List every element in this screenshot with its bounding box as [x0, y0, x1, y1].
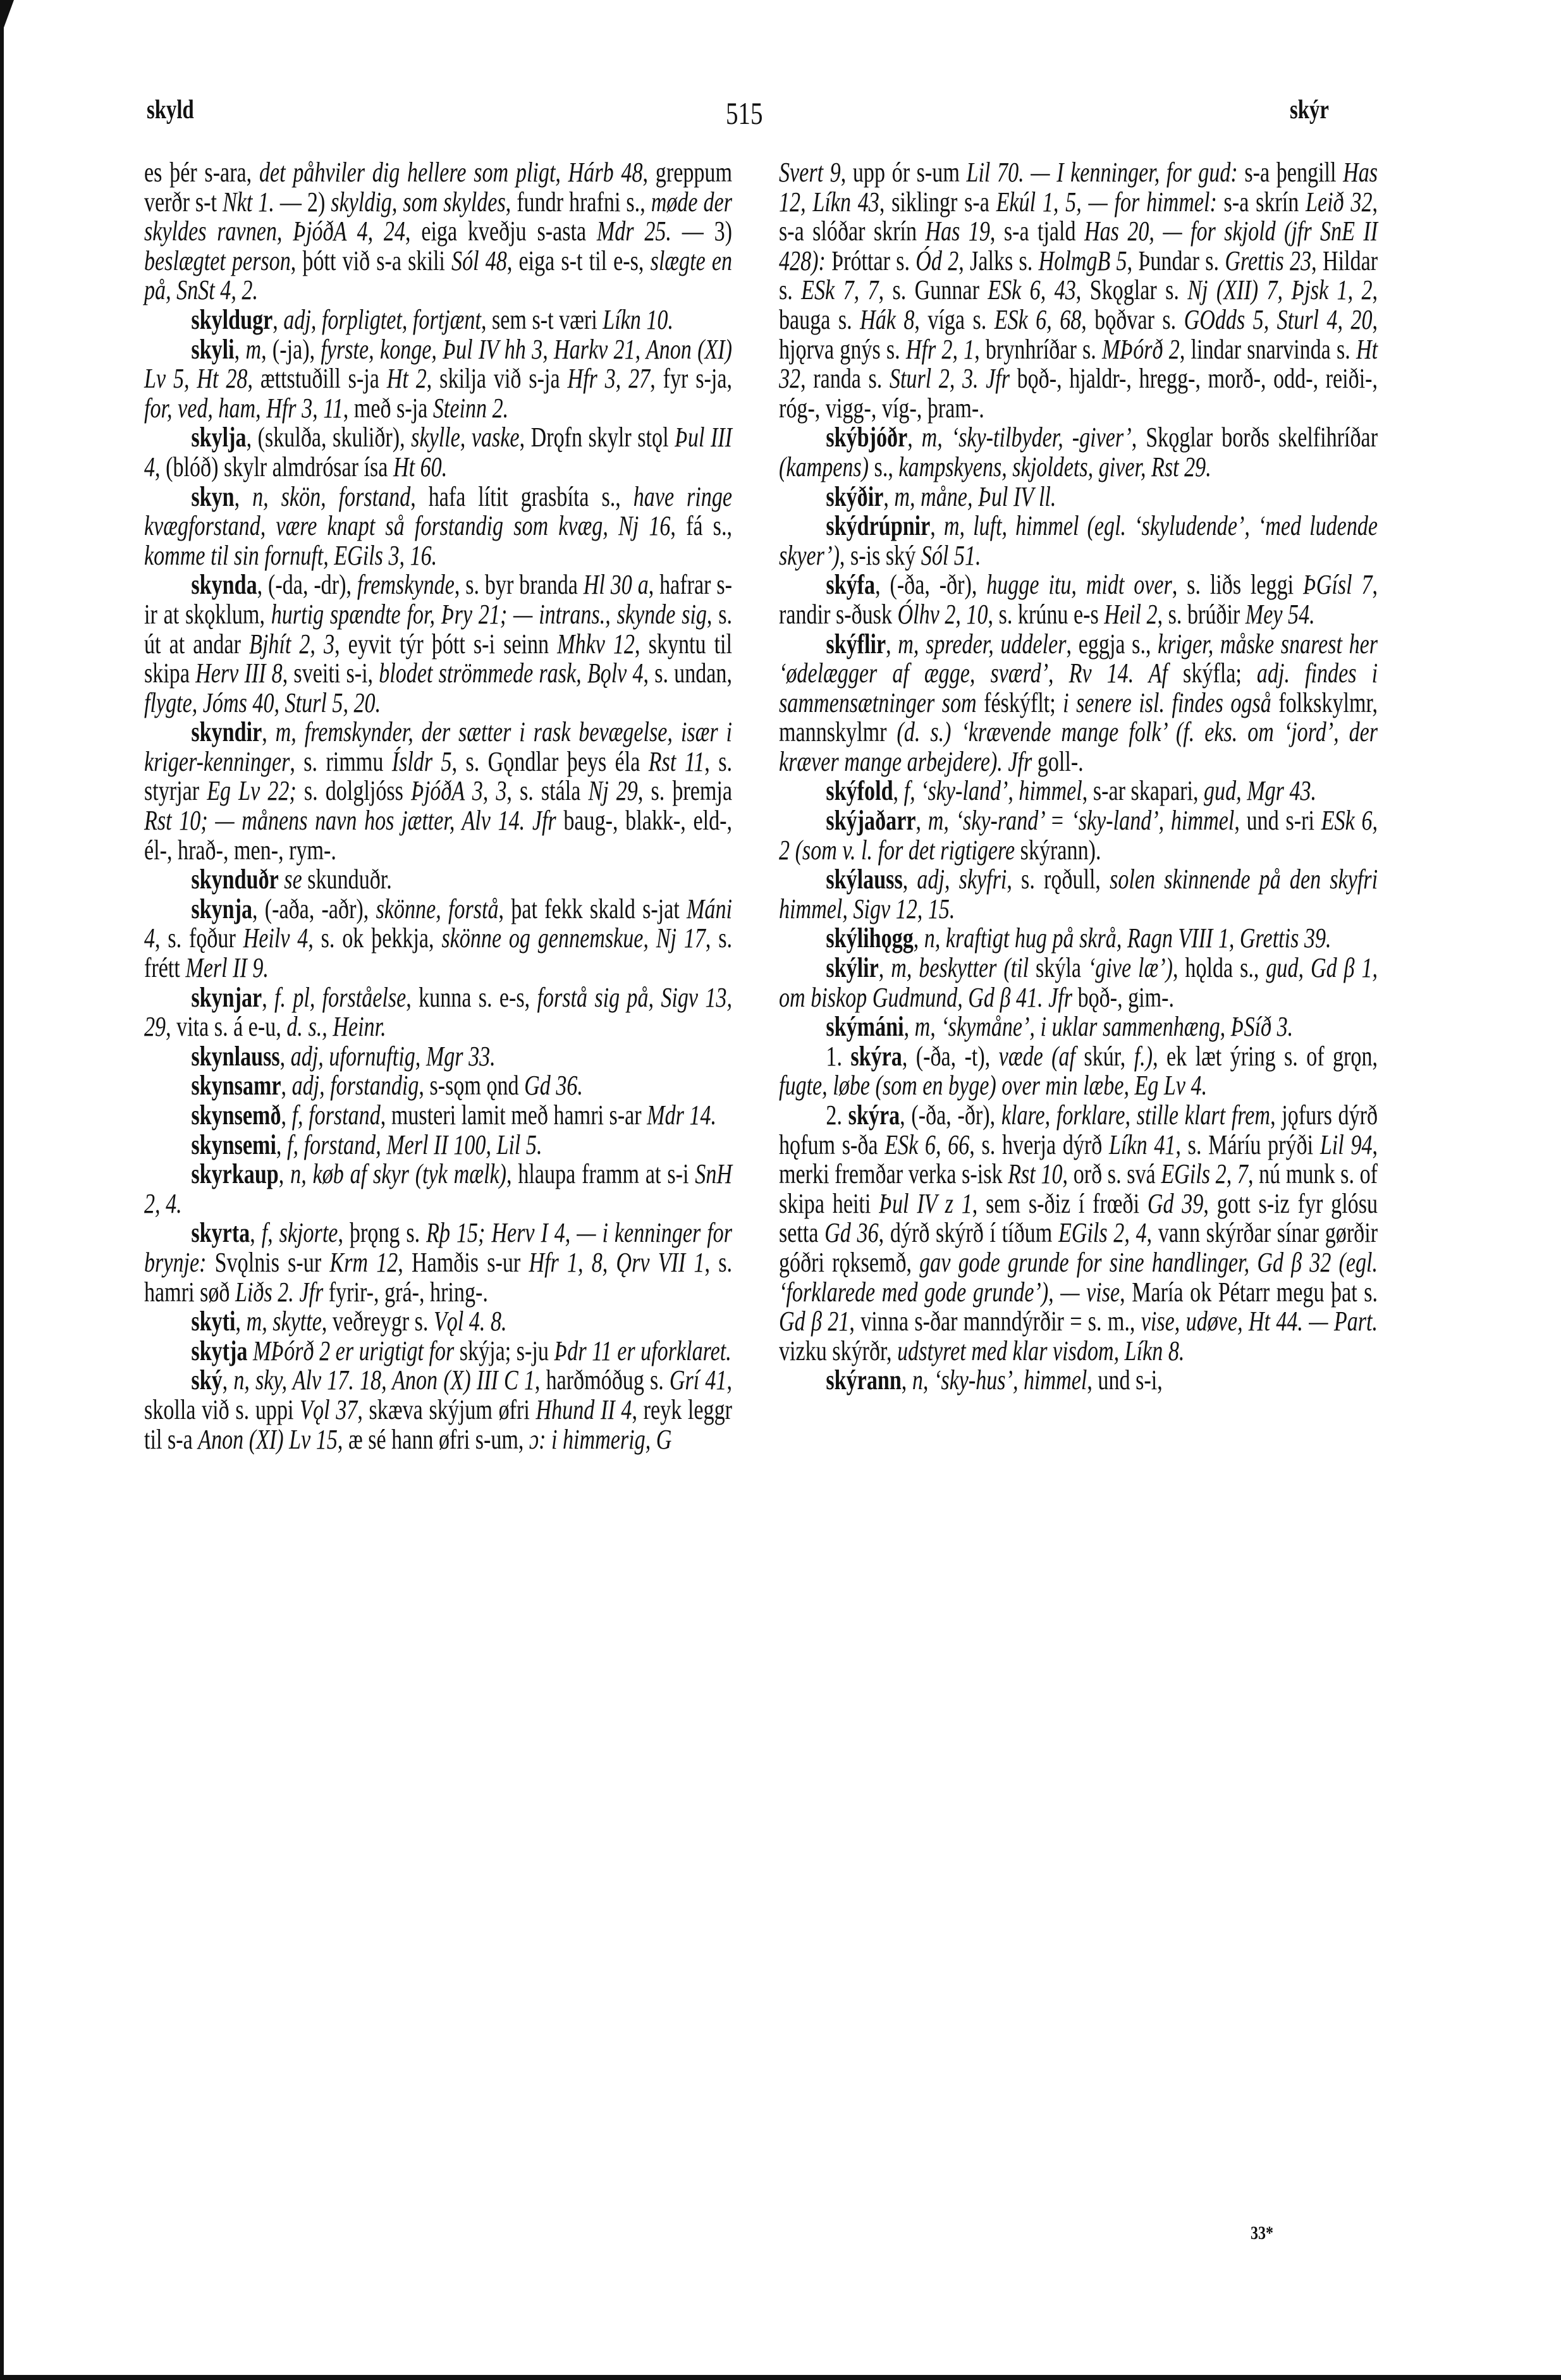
- text: , s. rimmu: [290, 746, 391, 777]
- italic-text: Ólhv 2, 10: [898, 599, 988, 630]
- headword: skýjaðarr: [826, 805, 915, 836]
- text: fyrir-, grá-, hring-.: [323, 1277, 488, 1308]
- text: , s-a tjald: [990, 216, 1084, 247]
- italic-text: skönne, forstå: [376, 893, 499, 924]
- running-head-left: skyld: [147, 95, 194, 125]
- text: , s. undan,: [644, 658, 732, 689]
- italic-text: Grettis 23: [1225, 245, 1311, 276]
- headword: skýfa: [826, 569, 875, 600]
- text: [279, 864, 285, 895]
- text: , Hamðis s-ur: [398, 1247, 529, 1278]
- dictionary-entry: skyti, m, skytte, veðreygr s. Vǫl 4. 8.: [144, 1307, 732, 1337]
- dictionary-entry: skýrann, n, ‘sky-hus’, himmel, und s-i,: [779, 1366, 1378, 1395]
- text: , kunna s. e-s,: [406, 982, 537, 1013]
- text: , vita s. á e-u,: [166, 1011, 286, 1042]
- text: skunduðr.: [302, 864, 392, 895]
- text: , s. Gǫndlar þeys éla: [452, 746, 649, 777]
- italic-text: m, ‘skymåne’, i uklar sammenhæng, ÞSíð 3…: [915, 1011, 1294, 1042]
- italic-text: ESk 6, 66: [885, 1129, 969, 1160]
- text: , s. Gunnar: [879, 274, 988, 305]
- dictionary-entry: es þér s-ara, det påhviler dig hellere s…: [144, 158, 732, 305]
- text: , skilja við s-ja: [427, 363, 568, 394]
- text: , María ok Pétarr megu þat s.: [1120, 1277, 1378, 1308]
- text: , veðreygr s.: [322, 1306, 434, 1337]
- italic-text: Þul IV z 1: [879, 1188, 972, 1219]
- italic-text: gud, Mgr 43.: [1204, 775, 1316, 806]
- text: , skæva skýjum øfri: [357, 1394, 536, 1425]
- headword: skýðir: [826, 481, 883, 512]
- italic-text: m, måne, Þul IV ll.: [894, 481, 1056, 512]
- text: féskýflt;: [977, 687, 1063, 718]
- dictionary-entry: skynduðr se skunduðr.: [144, 865, 732, 895]
- italic-text: Rst 10; — månens navn hos jætter, Alv 14…: [144, 805, 556, 836]
- italic-text: f, forstand, Merl II 100, Lil 5.: [287, 1129, 542, 1160]
- italic-text: Anon (XI) Lv 15: [198, 1424, 338, 1455]
- text: , s. krúnu e-s: [988, 599, 1105, 630]
- text: , dýrð skýrð í tíðum: [879, 1217, 1058, 1248]
- text: ,: [250, 1217, 261, 1248]
- text: , ættstuðill s-ja: [247, 363, 386, 394]
- italic-text: Ht 60.: [393, 451, 447, 482]
- scan-bottom-edge: [0, 2375, 1561, 2380]
- italic-text: ɔ: i himmerig, G: [529, 1424, 671, 1455]
- text: , eiga kveðju s-asta: [405, 216, 597, 247]
- italic-text: Gd β 21: [779, 1306, 849, 1337]
- text: , s. byr branda: [455, 569, 584, 600]
- text: , harðmóðug s.: [535, 1365, 670, 1395]
- text: s-a þengill: [1238, 157, 1343, 188]
- italic-text: Liðs 2. Jfr: [235, 1277, 323, 1308]
- dictionary-entry: skyn, n, skön, forstand, hafa lítit gras…: [144, 482, 732, 571]
- text: ,: [907, 422, 921, 453]
- italic-text: ESk 6, 68: [995, 304, 1082, 335]
- text: , (-ða, -ðr),: [875, 569, 986, 600]
- text: , sem s-t væri: [481, 304, 603, 335]
- dictionary-entry: skyrkaup, n, køb af skyr (tyk mælk), hla…: [144, 1160, 732, 1218]
- text: ,: [236, 1306, 247, 1337]
- dictionary-entry: ský, n, sky, Alv 17. 18, Anon (X) III C …: [144, 1366, 732, 1454]
- italic-text: Gd 36: [824, 1217, 878, 1248]
- italic-text: ESk 7, 7: [801, 274, 878, 305]
- italic-text: ‘give læ’): [1088, 952, 1173, 983]
- page-number: 515: [726, 95, 763, 132]
- text: , (-ja),: [261, 334, 321, 365]
- italic-text: se: [284, 864, 302, 895]
- text: ,: [930, 510, 944, 541]
- text: , eyvit týr þótt s-i seinn: [334, 629, 557, 659]
- italic-text: adj, skyfri: [917, 864, 1007, 895]
- text: , fundr hrafni s.,: [506, 187, 651, 218]
- text: , eggja s.,: [1067, 629, 1158, 659]
- headword: skytja: [191, 1335, 247, 1366]
- dictionary-entry: skynsemi, f, forstand, Merl II 100, Lil …: [144, 1131, 732, 1160]
- text: — 3): [671, 216, 732, 247]
- headword: skýra: [850, 1041, 902, 1072]
- headword: skýfold: [826, 775, 893, 806]
- text: , sveiti s-i,: [283, 658, 379, 689]
- text: , (blóð) skylr almdrósar ísa: [155, 451, 393, 482]
- italic-text: Þdr 11 er uforklaret.: [554, 1335, 731, 1366]
- text: , Skǫglar borðs skelfihríðar: [1132, 422, 1378, 453]
- italic-text: flygte, Jóms 40, Sturl 5, 20.: [144, 687, 381, 718]
- italic-text: Hfr 1, 8, Ǫrv VII 1: [529, 1247, 704, 1278]
- text: ,: [262, 982, 274, 1013]
- text: goll-.: [1032, 746, 1083, 777]
- dictionary-entry: skytja MÞórð 2 er urigtigt for skýja; s-…: [144, 1337, 732, 1366]
- text: , s. fǫður: [155, 923, 243, 954]
- headword: skýlihǫgg: [826, 923, 913, 954]
- headword: skynsamr: [191, 1070, 281, 1101]
- text: ,: [902, 1365, 912, 1395]
- headword: ský: [191, 1365, 222, 1395]
- italic-text: Svert 9: [779, 157, 841, 188]
- text: ,: [886, 629, 898, 659]
- text: , s. rǫðull,: [1007, 864, 1110, 895]
- text: , Jalks s.: [958, 245, 1038, 276]
- italic-text: Nj (XII) 7, Þjsk 1, 2: [1187, 274, 1372, 305]
- text: , s. brúðir: [1158, 599, 1246, 630]
- italic-text: Leið 32: [1306, 187, 1372, 218]
- text: ,: [235, 334, 246, 365]
- text: , (-da, -dr),: [257, 569, 357, 600]
- text: , s-sǫm ǫnd: [419, 1070, 524, 1101]
- text: ,: [276, 1129, 287, 1160]
- italic-text: Heil 2: [1104, 599, 1157, 630]
- headword: skynsemi: [191, 1129, 276, 1160]
- text: ,: [279, 1158, 290, 1189]
- italic-text: EGils 2, 4: [1058, 1217, 1147, 1248]
- headword: skýdrúpnir: [826, 510, 930, 541]
- text: , lindar snarvinda s.: [1180, 334, 1356, 365]
- italic-text: Gd 36.: [524, 1070, 583, 1101]
- headword: skyrkaup: [191, 1158, 278, 1189]
- italic-text: n, køb af skyr (tyk mælk): [290, 1158, 506, 1189]
- headword: skyn: [191, 481, 234, 512]
- italic-text: f. pl, forståelse: [274, 982, 406, 1013]
- italic-text: Ht 2: [387, 363, 427, 394]
- italic-text: Vǫl 37: [300, 1394, 357, 1425]
- italic-text: adj, ufornuftig, Mgr 33.: [291, 1041, 496, 1072]
- italic-text: Sturl 2, 3. Jfr: [890, 363, 1010, 394]
- text: , Þundar s.: [1127, 245, 1225, 276]
- text: , (skulða, skuliðr),: [247, 422, 412, 453]
- headword: skyti: [191, 1306, 235, 1337]
- italic-text: blodet strömmede rask, Bǫlv 4: [379, 658, 643, 689]
- italic-text: Mey 54.: [1246, 599, 1315, 630]
- italic-text: Líkn 41: [1109, 1129, 1175, 1160]
- text: , randa s.: [800, 363, 890, 394]
- italic-text: adj, forpligtet, fortjænt: [283, 304, 481, 335]
- italic-text: m, beskytter (til: [891, 952, 1029, 983]
- text: , hafa lítit grasbíta s.,: [410, 481, 633, 512]
- headword: skýmáni: [826, 1011, 903, 1042]
- text: ,: [281, 1070, 292, 1101]
- dictionary-entry: skyli, m, (-ja), fyrste, konge, Þul IV h…: [144, 335, 732, 424]
- text: , hǫlda s.,: [1173, 952, 1266, 983]
- text: , fá s.,: [670, 510, 732, 541]
- italic-text: Hfr 3, 27: [567, 363, 650, 394]
- text: , bǫðvar s.: [1081, 304, 1184, 335]
- italic-text: d. s., Heinr.: [286, 1011, 386, 1042]
- scan-corner: [0, 0, 14, 38]
- dictionary-entry: skyrta, f, skjorte, þrǫng s. Rþ 15; Herv…: [144, 1218, 732, 1307]
- italic-text: Herv III 8: [195, 658, 283, 689]
- italic-text: Lil 94: [1320, 1129, 1373, 1160]
- text: , (-ða, -t),: [902, 1041, 999, 1072]
- dictionary-entry: skýflir, m, spreder, uddeler, eggja s., …: [779, 630, 1378, 777]
- text: , upp ór s-um: [841, 157, 967, 188]
- text: 2.: [826, 1100, 848, 1131]
- italic-text: i senere isl. findes også: [1063, 687, 1271, 718]
- text: , fyr s-ja,: [650, 363, 732, 394]
- scan-left-edge: [0, 0, 4, 2380]
- italic-text: Steinn 2.: [433, 393, 508, 424]
- italic-text: n, kraftigt hug på skrå, Ragn VIII 1, Gr…: [924, 923, 1331, 954]
- italic-text: skönne og gennemskue, Nj 17: [441, 923, 705, 954]
- text: , s. þremja: [638, 775, 732, 806]
- text: , Drǫfn skylr stǫl: [520, 422, 675, 453]
- text: ,: [272, 304, 283, 335]
- text: s. dolgljóss: [297, 775, 411, 806]
- italic-text: EGils 2, 7: [1161, 1158, 1248, 1189]
- text: ,: [280, 1041, 291, 1072]
- italic-text: adj, forstandig: [292, 1070, 419, 1101]
- text: skýla: [1029, 952, 1088, 983]
- italic-text: det påhviler dig hellere som pligt, Hárb…: [259, 157, 643, 188]
- text: , ek læt ýring s. of grǫn,: [1153, 1041, 1378, 1072]
- italic-text: f.): [1134, 1041, 1153, 1072]
- text: , með s-ja: [343, 393, 433, 424]
- text: , æ sé hann øfri s-um,: [338, 1424, 529, 1455]
- text: ,: [915, 805, 927, 836]
- text: es þér s-ara,: [144, 157, 259, 188]
- italic-text: m: [245, 334, 261, 365]
- headword: skyldugr: [191, 304, 272, 335]
- headword: skynda: [191, 569, 257, 600]
- italic-text: skyldig, som skyldes: [331, 187, 505, 218]
- text: bǫð-, gim-.: [1072, 982, 1174, 1013]
- headword: skýlauss: [826, 864, 902, 895]
- text: ,: [281, 1100, 292, 1131]
- italic-text: n, sky, Alv 17. 18, Anon (X) III C 1: [233, 1365, 535, 1395]
- headword: skyrta: [191, 1217, 250, 1248]
- headword: skýra: [848, 1100, 900, 1131]
- italic-text: Mdr 25.: [597, 216, 671, 247]
- italic-text: Eg Lv 22;: [207, 775, 297, 806]
- italic-text: ÞGísl 7: [1303, 569, 1373, 600]
- signature-mark: 33*: [1251, 2223, 1273, 2244]
- dictionary-entry: skynlauss, adj, ufornuftig, Mgr 33.: [144, 1042, 732, 1072]
- text: skýfla;: [1168, 658, 1257, 689]
- text: ,: [893, 775, 904, 806]
- dictionary-entry: skýbjóðr, m, ‘sky-tilbyder, -giver’, Skǫ…: [779, 423, 1378, 482]
- text: , s. Máríu prýði: [1175, 1129, 1319, 1160]
- dictionary-entry: skyndir, m, fremskynder, der sætter i ra…: [144, 718, 732, 865]
- headword: skynjar: [191, 982, 262, 1013]
- italic-text: Mdr 14.: [647, 1100, 716, 1131]
- text: , brynhríðar s.: [974, 334, 1102, 365]
- italic-text: GOdds 5, Sturl 4, 20: [1184, 304, 1373, 335]
- dictionary-entry: Svert 9, upp ór s-um Lil 70. — I kenning…: [779, 158, 1378, 423]
- headword: skynsemð: [191, 1100, 281, 1131]
- italic-text: MÞórð 2 er urigtigt for: [253, 1335, 454, 1366]
- italic-text: Bjhít 2, 3: [249, 629, 334, 659]
- text: s.,: [869, 451, 898, 482]
- dictionary-entry: skynsamr, adj, forstandig, s-sǫm ǫnd Gd …: [144, 1071, 732, 1101]
- text: [247, 1335, 253, 1366]
- dictionary-entry: skýdrúpnir, m, luft, himmel (egl. ‘skylu…: [779, 512, 1378, 570]
- dictionary-entry: skýlir, m, beskytter (til skýla ‘give læ…: [779, 954, 1378, 1012]
- text: Svǫlnis s-ur: [206, 1247, 329, 1278]
- text: , hlaupa framm at s-i: [506, 1158, 695, 1189]
- italic-text: MÞórð 2: [1102, 334, 1180, 365]
- text: skýrann).: [1015, 835, 1101, 866]
- italic-text: f, ‘sky-land’, himmel: [904, 775, 1082, 806]
- italic-text: væde (af: [999, 1041, 1075, 1072]
- text: ,: [262, 716, 275, 747]
- text: , s. liðs leggi: [1172, 569, 1303, 600]
- dictionary-entry: skynja, (-aða, -aðr), skönne, forstå, þa…: [144, 895, 732, 983]
- text: s-a skrín: [1217, 187, 1306, 218]
- italic-text: beslægtet person: [144, 245, 291, 276]
- italic-text: n, skön, forstand: [252, 481, 410, 512]
- dictionary-entry: skýfa, (-ða, -ðr), hugge itu, midt over,…: [779, 570, 1378, 629]
- text: ,: [914, 923, 924, 954]
- dictionary-entry: skynjar, f. pl, forståelse, kunna s. e-s…: [144, 983, 732, 1042]
- headword: skýflir: [826, 629, 886, 659]
- text: 1.: [826, 1041, 850, 1072]
- italic-text: udstyret med klar visdom, Líkn 8.: [897, 1335, 1184, 1366]
- headword: skyndir: [191, 716, 262, 747]
- text: — 2): [274, 187, 331, 218]
- italic-text: n, ‘sky-hus’, himmel: [912, 1365, 1087, 1395]
- italic-text: klare, forklare, stille klart frem: [1001, 1100, 1270, 1131]
- italic-text: Hl 30 a: [584, 569, 649, 600]
- dictionary-entry: skýfold, f, ‘sky-land’, himmel, s-ar ska…: [779, 776, 1378, 806]
- text: ,: [883, 481, 894, 512]
- italic-text: Líkn 10.: [603, 304, 673, 335]
- dictionary-entry: skynda, (-da, -dr), fremskynde, s. byr b…: [144, 570, 732, 718]
- dictionary-entry: skýðir, m, måne, Þul IV ll.: [779, 482, 1378, 512]
- running-head-right: skýr: [1290, 95, 1329, 125]
- italic-text: Sól 48: [451, 245, 507, 276]
- text: , eiga s-t til e-s,: [507, 245, 651, 276]
- text: ,: [904, 1011, 915, 1042]
- italic-text: skylle, vaske: [411, 422, 519, 453]
- italic-text: for, ved, ham, Hfr 3, 11: [144, 393, 343, 424]
- text: , (-ða, -ðr),: [900, 1100, 1001, 1131]
- text: ,: [235, 481, 252, 512]
- dictionary-entry: skynsemð, f, forstand, musteri lamit með…: [144, 1101, 732, 1131]
- italic-text: m, ‘sky-tilbyder, -giver’: [922, 422, 1132, 453]
- text: , sem s-ðiz í frœði: [972, 1188, 1148, 1219]
- italic-text: fugte, løbe (som en byge) over min læbe,…: [779, 1070, 1207, 1101]
- headword: skynduðr: [191, 864, 278, 895]
- text: ,: [879, 952, 891, 983]
- right-column: Svert 9, upp ór s-um Lil 70. — I kenning…: [779, 158, 1378, 1395]
- headword: skyli: [191, 334, 234, 365]
- text: , vinna s-ðar manndýrðir = s. m.,: [849, 1306, 1141, 1337]
- italic-text: Hák 8: [860, 304, 914, 335]
- text: , musteri lamit með hamri s-ar: [381, 1100, 647, 1131]
- italic-text: Hfr 2, 1: [906, 334, 974, 365]
- italic-text: Vǫl 4. 8.: [434, 1306, 507, 1337]
- text: Þróttar s.: [826, 245, 915, 276]
- text: skúr,: [1075, 1041, 1134, 1072]
- text: , víga s.: [914, 304, 994, 335]
- italic-text: f, skjorte: [262, 1217, 338, 1248]
- italic-text: Lil 70. — I kenninger, for gud:: [966, 157, 1237, 188]
- italic-text: Nkt 1.: [223, 187, 274, 218]
- italic-text: Ekúl 1, 5, — for himmel:: [996, 187, 1217, 218]
- italic-text: Rst 10: [1008, 1158, 1062, 1189]
- text: , þat fekk skald s-jat: [499, 893, 687, 924]
- headword: skynja: [191, 893, 252, 924]
- italic-text: m, skytte: [247, 1306, 322, 1337]
- text: skýja; s-ju: [454, 1335, 554, 1366]
- italic-text: vise, udøve, Ht 44. — Part.: [1141, 1306, 1378, 1337]
- italic-text: Grí 41: [670, 1365, 727, 1395]
- italic-text: Krm 12: [329, 1247, 398, 1278]
- italic-text: fremskynde: [357, 569, 455, 600]
- text: , þrǫng s.: [338, 1217, 426, 1248]
- text: , s-ar skapari,: [1082, 775, 1204, 806]
- dictionary-entry: skýmáni, m, ‘skymåne’, i uklar sammenhæn…: [779, 1012, 1378, 1042]
- dictionary-entry: skylja, (skulða, skuliðr), skylle, vaske…: [144, 423, 732, 482]
- italic-text: HolmgB 5: [1039, 245, 1127, 276]
- dictionary-entry: skyldugr, adj, forpligtet, fortjænt, sem…: [144, 305, 732, 335]
- text: vizku skýrðr,: [779, 1335, 897, 1366]
- italic-text: Ísldr 5: [392, 746, 452, 777]
- italic-text: Sól 51.: [921, 540, 981, 571]
- italic-text: Rst 11: [649, 746, 705, 777]
- text: , Skǫglar s.: [1076, 274, 1188, 305]
- italic-text: Has 19: [925, 216, 989, 247]
- text: , þótt við s-a skili: [291, 245, 451, 276]
- text: , orð s. svá: [1063, 1158, 1161, 1189]
- dictionary-entry: 1. skýra, (-ða, -t), væde (af skúr, f.),…: [779, 1042, 1378, 1101]
- italic-text: Mhkv 12: [557, 629, 635, 659]
- headword: skýlir: [826, 952, 878, 983]
- italic-text: Gd 39: [1148, 1188, 1204, 1219]
- italic-text: (kampens): [779, 451, 869, 482]
- italic-text: f, forstand: [292, 1100, 381, 1131]
- headword: skýbjóðr: [826, 422, 907, 453]
- italic-text: komme til sin fornuft, EGils 3, 16.: [144, 540, 437, 571]
- headword: skylja: [191, 422, 246, 453]
- headword: skýrann: [826, 1365, 901, 1395]
- italic-text: m, ‘sky-rand’ = ‘sky-land’, himmel: [928, 805, 1235, 836]
- italic-text: Ód 2: [915, 245, 958, 276]
- dictionary-entry: skýjaðarr, m, ‘sky-rand’ = ‘sky-land’, h…: [779, 806, 1378, 865]
- dictionary-entry: skýlauss, adj, skyfri, s. rǫðull, solen …: [779, 865, 1378, 924]
- italic-text: m, spreder, uddeler: [898, 629, 1066, 659]
- text: , s-is ský: [840, 540, 921, 571]
- italic-text: Merl II 9.: [185, 952, 269, 983]
- italic-text: ESk 6, 43: [988, 274, 1075, 305]
- text: , siklingr s-a: [879, 187, 996, 218]
- dictionary-entry: skýlihǫgg, n, kraftigt hug på skrå, Ragn…: [779, 924, 1378, 954]
- text: , und s-ri: [1234, 805, 1321, 836]
- left-column: es þér s-ara, det påhviler dig hellere s…: [144, 158, 732, 1454]
- italic-text: kampskyens, skjoldets, giver, Rst 29.: [898, 451, 1211, 482]
- italic-text: Nj 29: [588, 775, 637, 806]
- italic-text: Heilv 4: [243, 923, 309, 954]
- text: , und s-i,: [1087, 1365, 1162, 1395]
- italic-text: hugge itu, midt over: [986, 569, 1172, 600]
- text: ,: [223, 1365, 234, 1395]
- text: , (-aða, -aðr),: [252, 893, 376, 924]
